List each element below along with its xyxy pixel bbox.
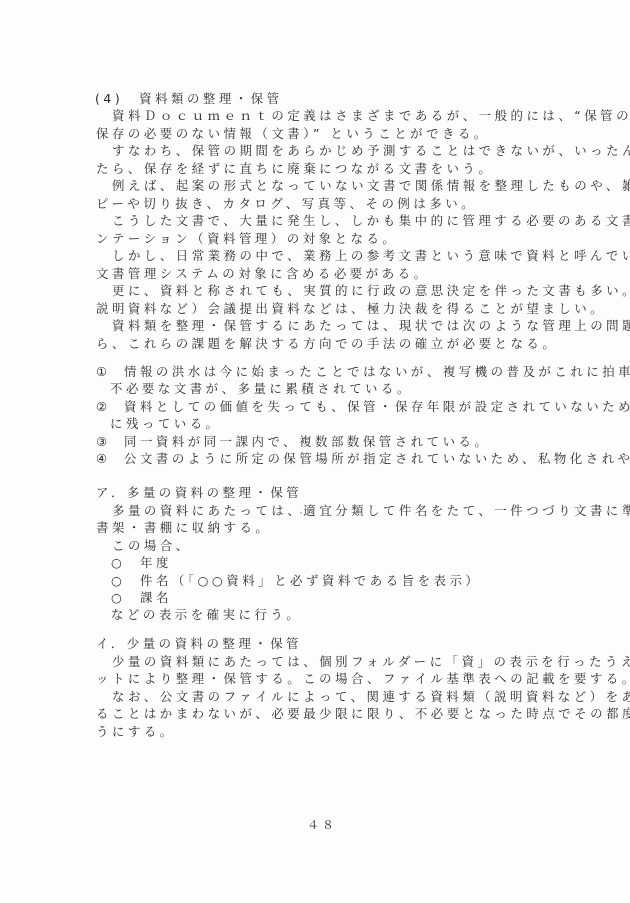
paragraph-line: うにする。 [96,724,176,740]
paragraph-line: 例えば、起案の形式となっていない文書で関係情報を整理したものや、雑誌・新聞のコ [112,178,630,194]
paragraph-line: 説明資料など）会議提出資料などは、極力決裁を得ることが望ましい。 [96,301,606,317]
bullet-text: 課名 [140,590,172,606]
problem-text: 同一資料が同一課内で、複数部数保管されている。 [124,434,490,450]
circle-bullet-icon: ○ [111,590,125,606]
problem-text: 不必要な文書が、多量に累積されている。 [110,381,413,397]
problem-marker: ① [96,364,111,380]
paragraph-line: 資料類を整理・保管するにあたっては、現状では次のような管理上の問題があることか [112,318,630,334]
paragraph-line: なお、公文書のファイルによって、関連する資料類（説明資料など）をあわせて保管す [112,689,630,705]
paragraph-line: などの表示を確実に行う。 [111,607,302,623]
paragraph-line: たら、保存を経ずに直ちに廃棄につながる文書をいう。 [96,161,494,177]
scan-speck [382,270,384,272]
paragraph-line: すなわち、保管の期間をあらかじめ予測することはできないが、いったん価値を消滅し [112,143,630,159]
circle-bullet-icon: ○ [111,573,125,589]
problem-text: に残っている。 [110,416,222,432]
paragraph-line: 多量の資料にあたっては、適宜分類して件名をたて、一件つづり文書に準じて保管庫や [112,503,630,519]
paragraph-line: 資料Ｄｏｃｕｍｅｎｔの定義はさまざまであるが、一般的には、“保管の必要はあるが [112,108,630,124]
paragraph-line: ットにより整理・保管する。この場合、ファイル基準表への記載を要する。 [96,671,630,687]
problem-marker: ② [96,399,111,415]
paragraph-line: ら、これらの課題を解決する方向での手法の確立が必要となる。 [96,336,558,352]
problem-marker: ③ [96,434,111,450]
problem-marker: ④ [96,451,111,467]
problem-text: 公文書のように所定の保管場所が指定されていないため、私物化されやすい。 [124,451,630,467]
problem-text: 情報の洪水は今に始まったことではないが、複写機の普及がこれに拍車をかけており、 [124,364,630,380]
page-number: ４８ [307,816,337,833]
bullet-text: 年度 [140,555,172,571]
paragraph-line: 保存の必要のない情報（文書）” ということができる。 [96,126,490,142]
subsection-heading-i: イ．少量の資料の整理・保管 [96,636,302,652]
subsection-heading-a: ア．多量の資料の整理・保管 [96,485,302,501]
paragraph-line: ピーや切り抜き、カタログ、写真等、その例は多い。 [96,196,477,212]
scan-speck [300,512,302,514]
paragraph-line: しかし、日常業務の中で、業務上の参考文書という意味で資料と呼んでいる文書は、本 [112,248,630,264]
bullet-text: 件名（「○○資料」と必ず資料である旨を表示） [140,573,481,589]
paragraph-line: こうした文書で、大量に発生し、しかも集中的に管理する必要のある文書は、ドキュメ [112,213,630,229]
section-heading: (4) 資料類の整理・保管 [95,91,283,107]
problem-text: 資料としての価値を失っても、保管・保存年限が設定されていないため、廃棄されず [124,399,630,415]
paragraph-line: 書架・書棚に収納する。 [96,520,271,536]
document-page: (4) 資料類の整理・保管 資料Ｄｏｃｕｍｅｎｔの定義はさまざまであるが、一般的… [0,0,630,903]
paragraph-line: ることはかまわないが、必要最少限に限り、不必要となった時点でその都度廃棄を行うよ [96,706,630,722]
paragraph-line: 少量の資料類にあたっては、個別フォルダーに「資」の表示を行ったうえで、キャビネ [112,654,630,670]
paragraph-line: 文書管理システムの対象に含める必要がある。 [96,266,430,282]
circle-bullet-icon: ○ [111,555,125,571]
paragraph-line: この場合、 [112,538,192,554]
paragraph-line: ンテーション（資料管理）の対象となる。 [96,231,398,247]
paragraph-line: 更に、資料と称されても、実質的に行政の意思決定を伴った文書も多い。（会議資料、 [112,283,630,299]
